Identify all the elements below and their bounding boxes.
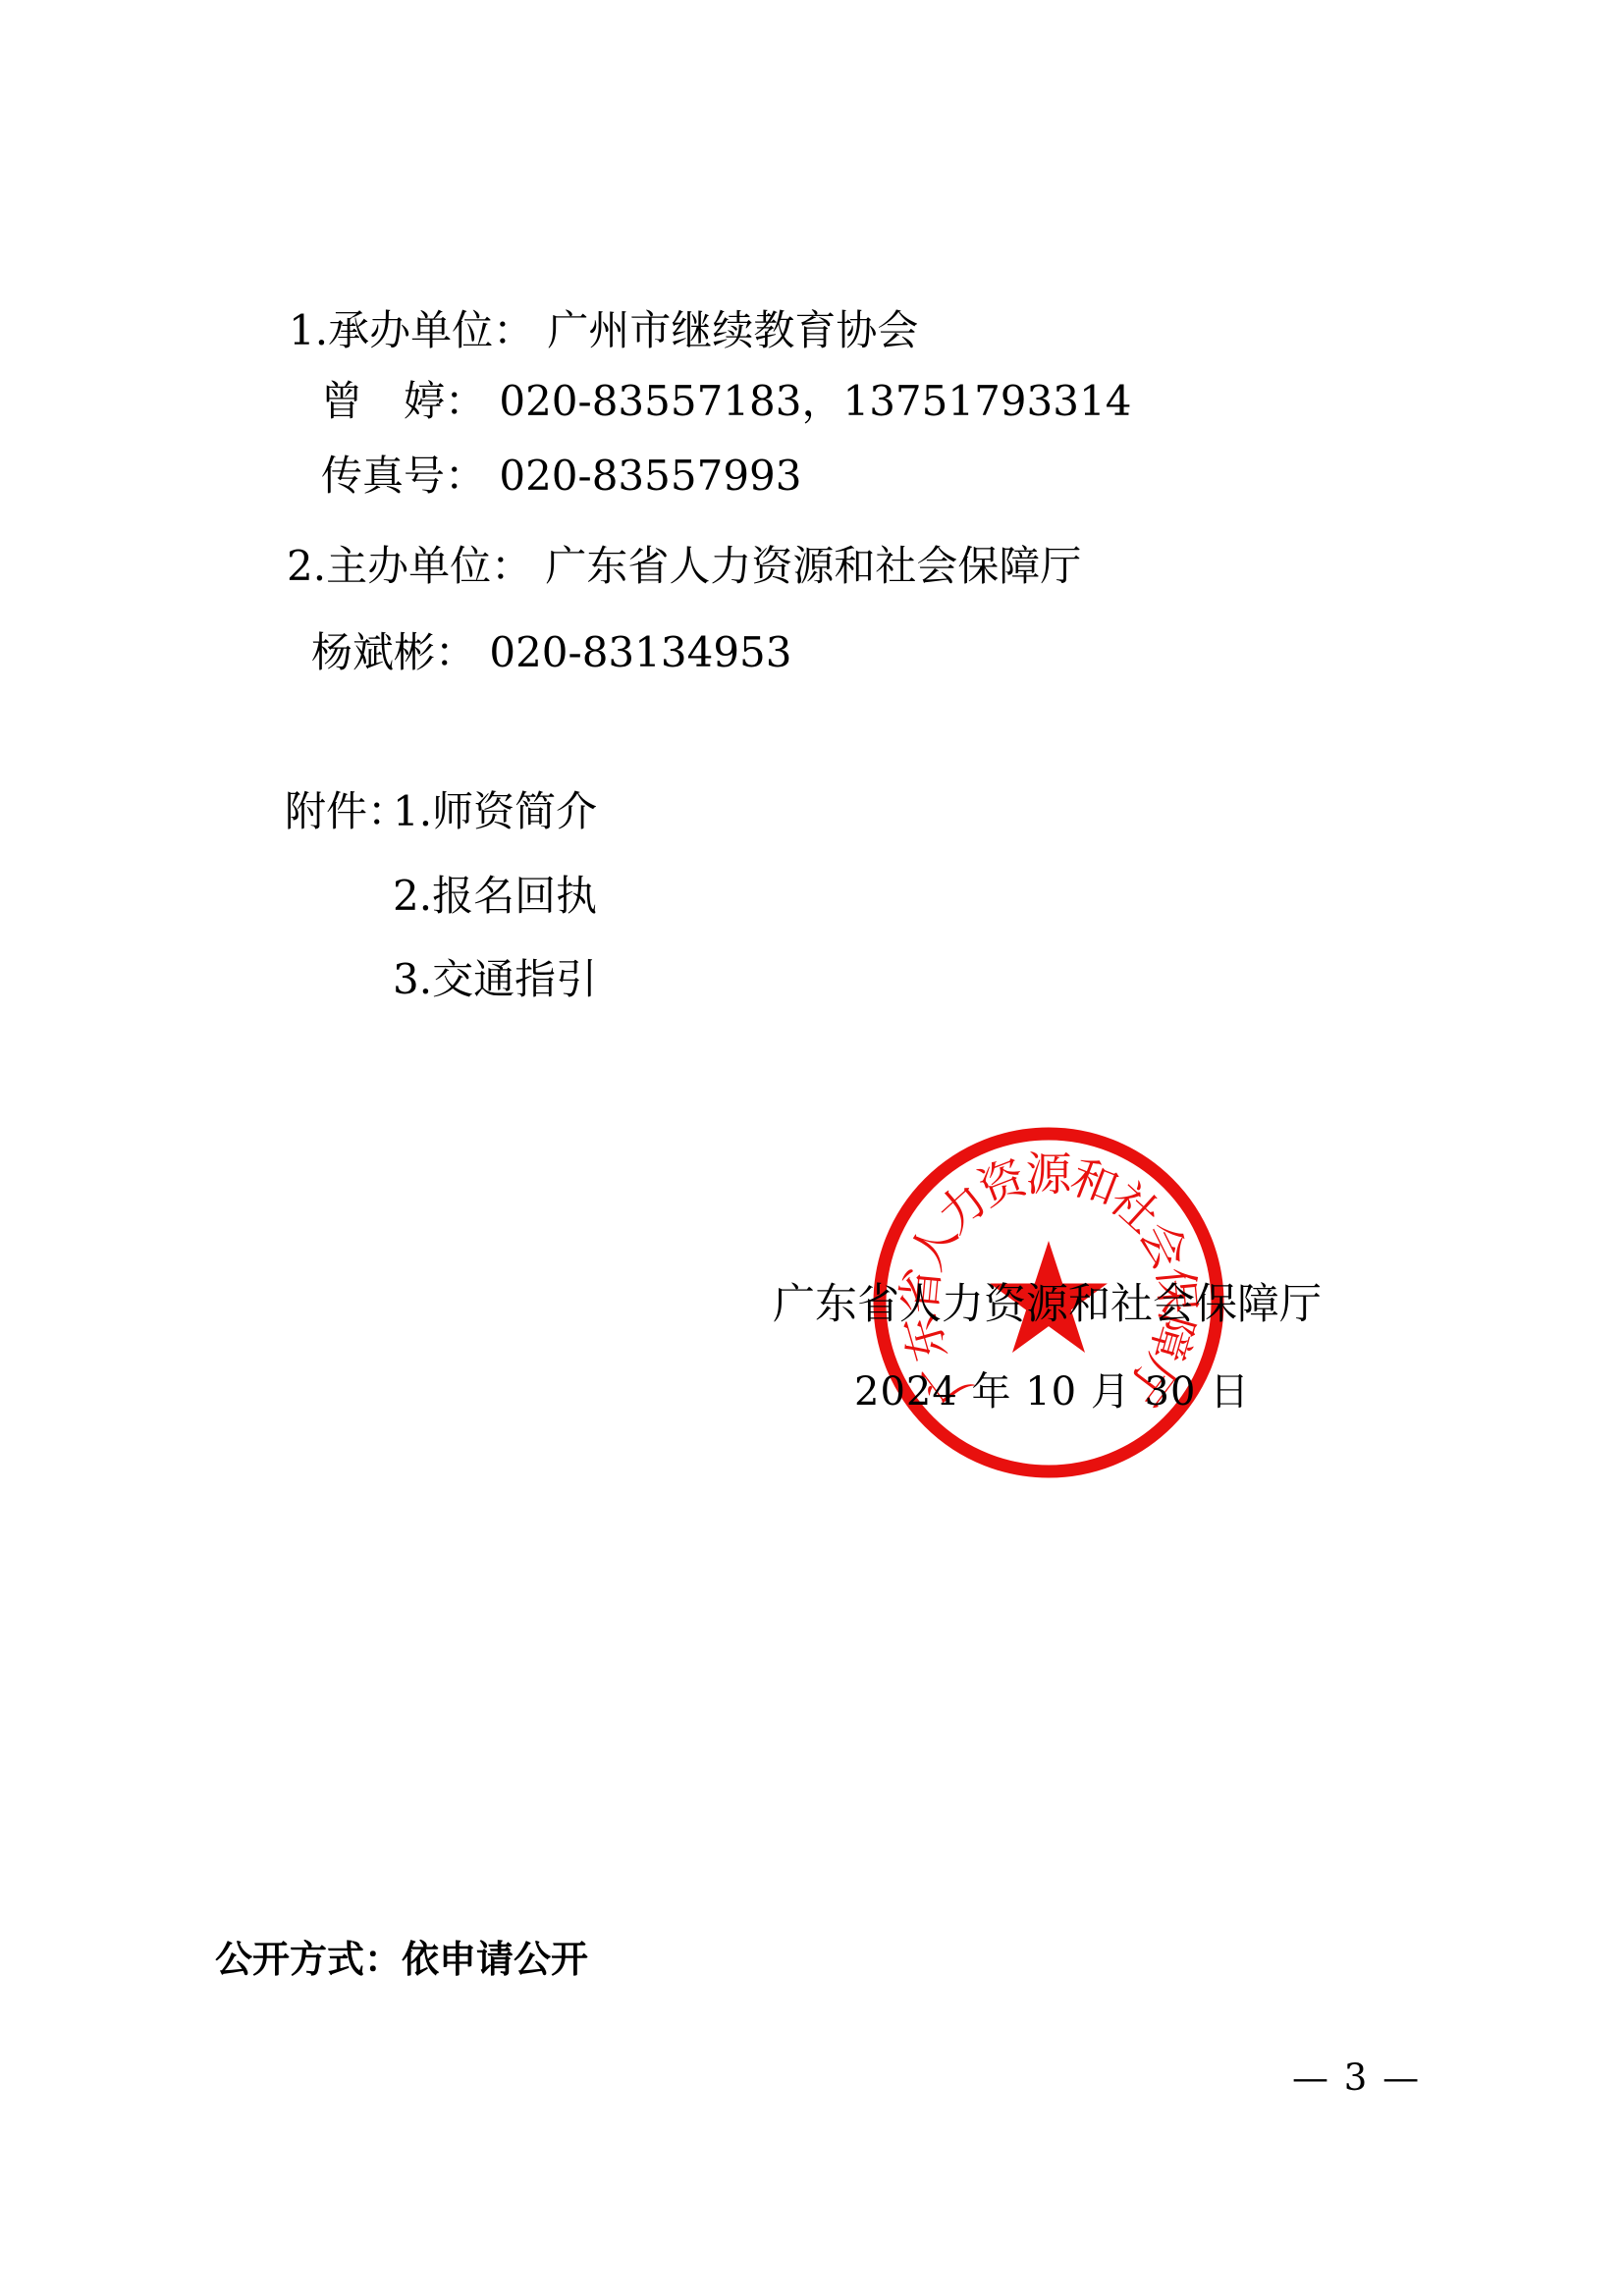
organizer-contact-line: 曾 婷： 020-83557183，13751793314 (321, 381, 1131, 422)
disclosure-line: 公开方式：依申请公开 (215, 1942, 588, 1979)
host-line: 2.主办单位： 广东省人力资源和社会保障厅 (287, 546, 1081, 587)
attachment-item: 3.交通指引 (393, 959, 597, 1000)
host-contact-line: 杨斌彬： 020-83134953 (311, 632, 791, 673)
document-page: 1.承办单位： 广州市继续教育协会 曾 婷： 020-83557183，1375… (0, 0, 1624, 2296)
attachment-item: 2.报名回执 (393, 876, 597, 917)
attachments-label: 附件： (285, 791, 408, 832)
organizer-fax-line: 传真号： 020-83557993 (321, 455, 801, 497)
page-number: — 3 — (1292, 2059, 1421, 2096)
official-seal: 广东省人力资源和社会保障厅 (844, 1098, 1253, 1507)
seal-star (990, 1241, 1108, 1353)
attachment-item: 1.师资简介 (393, 791, 597, 832)
organizer-line: 1.承办单位： 广州市继续教育协会 (289, 310, 918, 351)
